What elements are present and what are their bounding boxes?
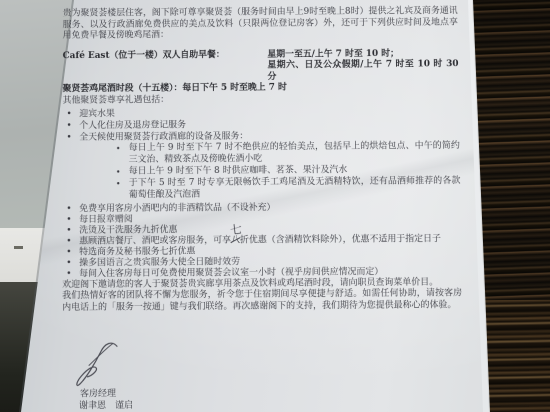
benefits-list-bottom: 免费享用客房小酒吧内的非酒精饮品（不设补充） 每日报章赠阅 洗烫及干洗服务九折优… [62, 202, 462, 280]
breakfast-label: Café East（位于一楼）双人自助早餐： [63, 50, 268, 85]
photo-of-hotel-letter: 贵为聚贤荟楼层住客，阁下除可尊享聚贤荟（服务时间由早上9时至晚上8时）提供之礼宾… [0, 0, 550, 412]
discount-text-post: 折优惠（含酒精饮料除外），优惠不适用于指定日子 [240, 234, 441, 245]
handwritten-signature [72, 337, 124, 389]
lounge-services-sublist: 每日上午 9 时至下午 7 时不绝供应的轻怡美点，包括早上的烘焙包点、中午的简约… [62, 141, 460, 201]
list-item: 每日上午 9 时至下午 7 时不绝供应的轻怡美点，包括早上的烘焙包点、中午的简约… [114, 141, 460, 166]
benefits-list-top: 迎宾水果 个人化住房及退房登记服务 全天候使用聚贤荟行政酒廊的设备及服务： [62, 107, 459, 144]
breakfast-times: 星期一至五/上午 7 时至 10 时； 星期六、日及公众假期/上午 7 时至 1… [267, 48, 458, 83]
breakfast-row: Café East（位于一楼）双人自助早餐： 星期一至五/上午 7 时至 10 … [63, 48, 459, 84]
intro-paragraph: 贵为聚贤荟楼层住客，阁下除可尊享聚贤荟（服务时间由早上9时至晚上8时）提供之礼宾… [63, 6, 458, 42]
signoff-name: 谢聿恩 谨启 [79, 401, 133, 412]
closing-paragraph: 我们热情好客的团队将不懈为您服务，祈令您于住宿期间尽享便捷与舒适。如需任何协助，… [62, 289, 462, 315]
list-item: 于下午 5 时至 7 时专享无限畅饮手工鸡尾酒及无酒精特饮，还有品酒师推荐的各款… [114, 176, 461, 202]
breakfast-weekend-hours: 星期六、日及公众假期/上午 7 时至 10 时 30 分 [267, 59, 458, 83]
cabinet-handle [14, 246, 23, 249]
discount-text-pre: 惠顾酒店餐厅、酒吧或客房服务，可享 [79, 236, 231, 247]
struck-character: 八七 [231, 236, 240, 247]
signoff-title: 客房经理 [80, 389, 116, 401]
letter-content: 贵为聚贤荟楼层住客，阁下除可尊享聚贤荟（服务时间由早上9时至晚上8时）提供之礼宾… [62, 6, 464, 412]
handwritten-correction: 七 [229, 223, 242, 236]
benefits-heading: 其他聚贤荟尊享礼遇包括： [63, 93, 460, 107]
